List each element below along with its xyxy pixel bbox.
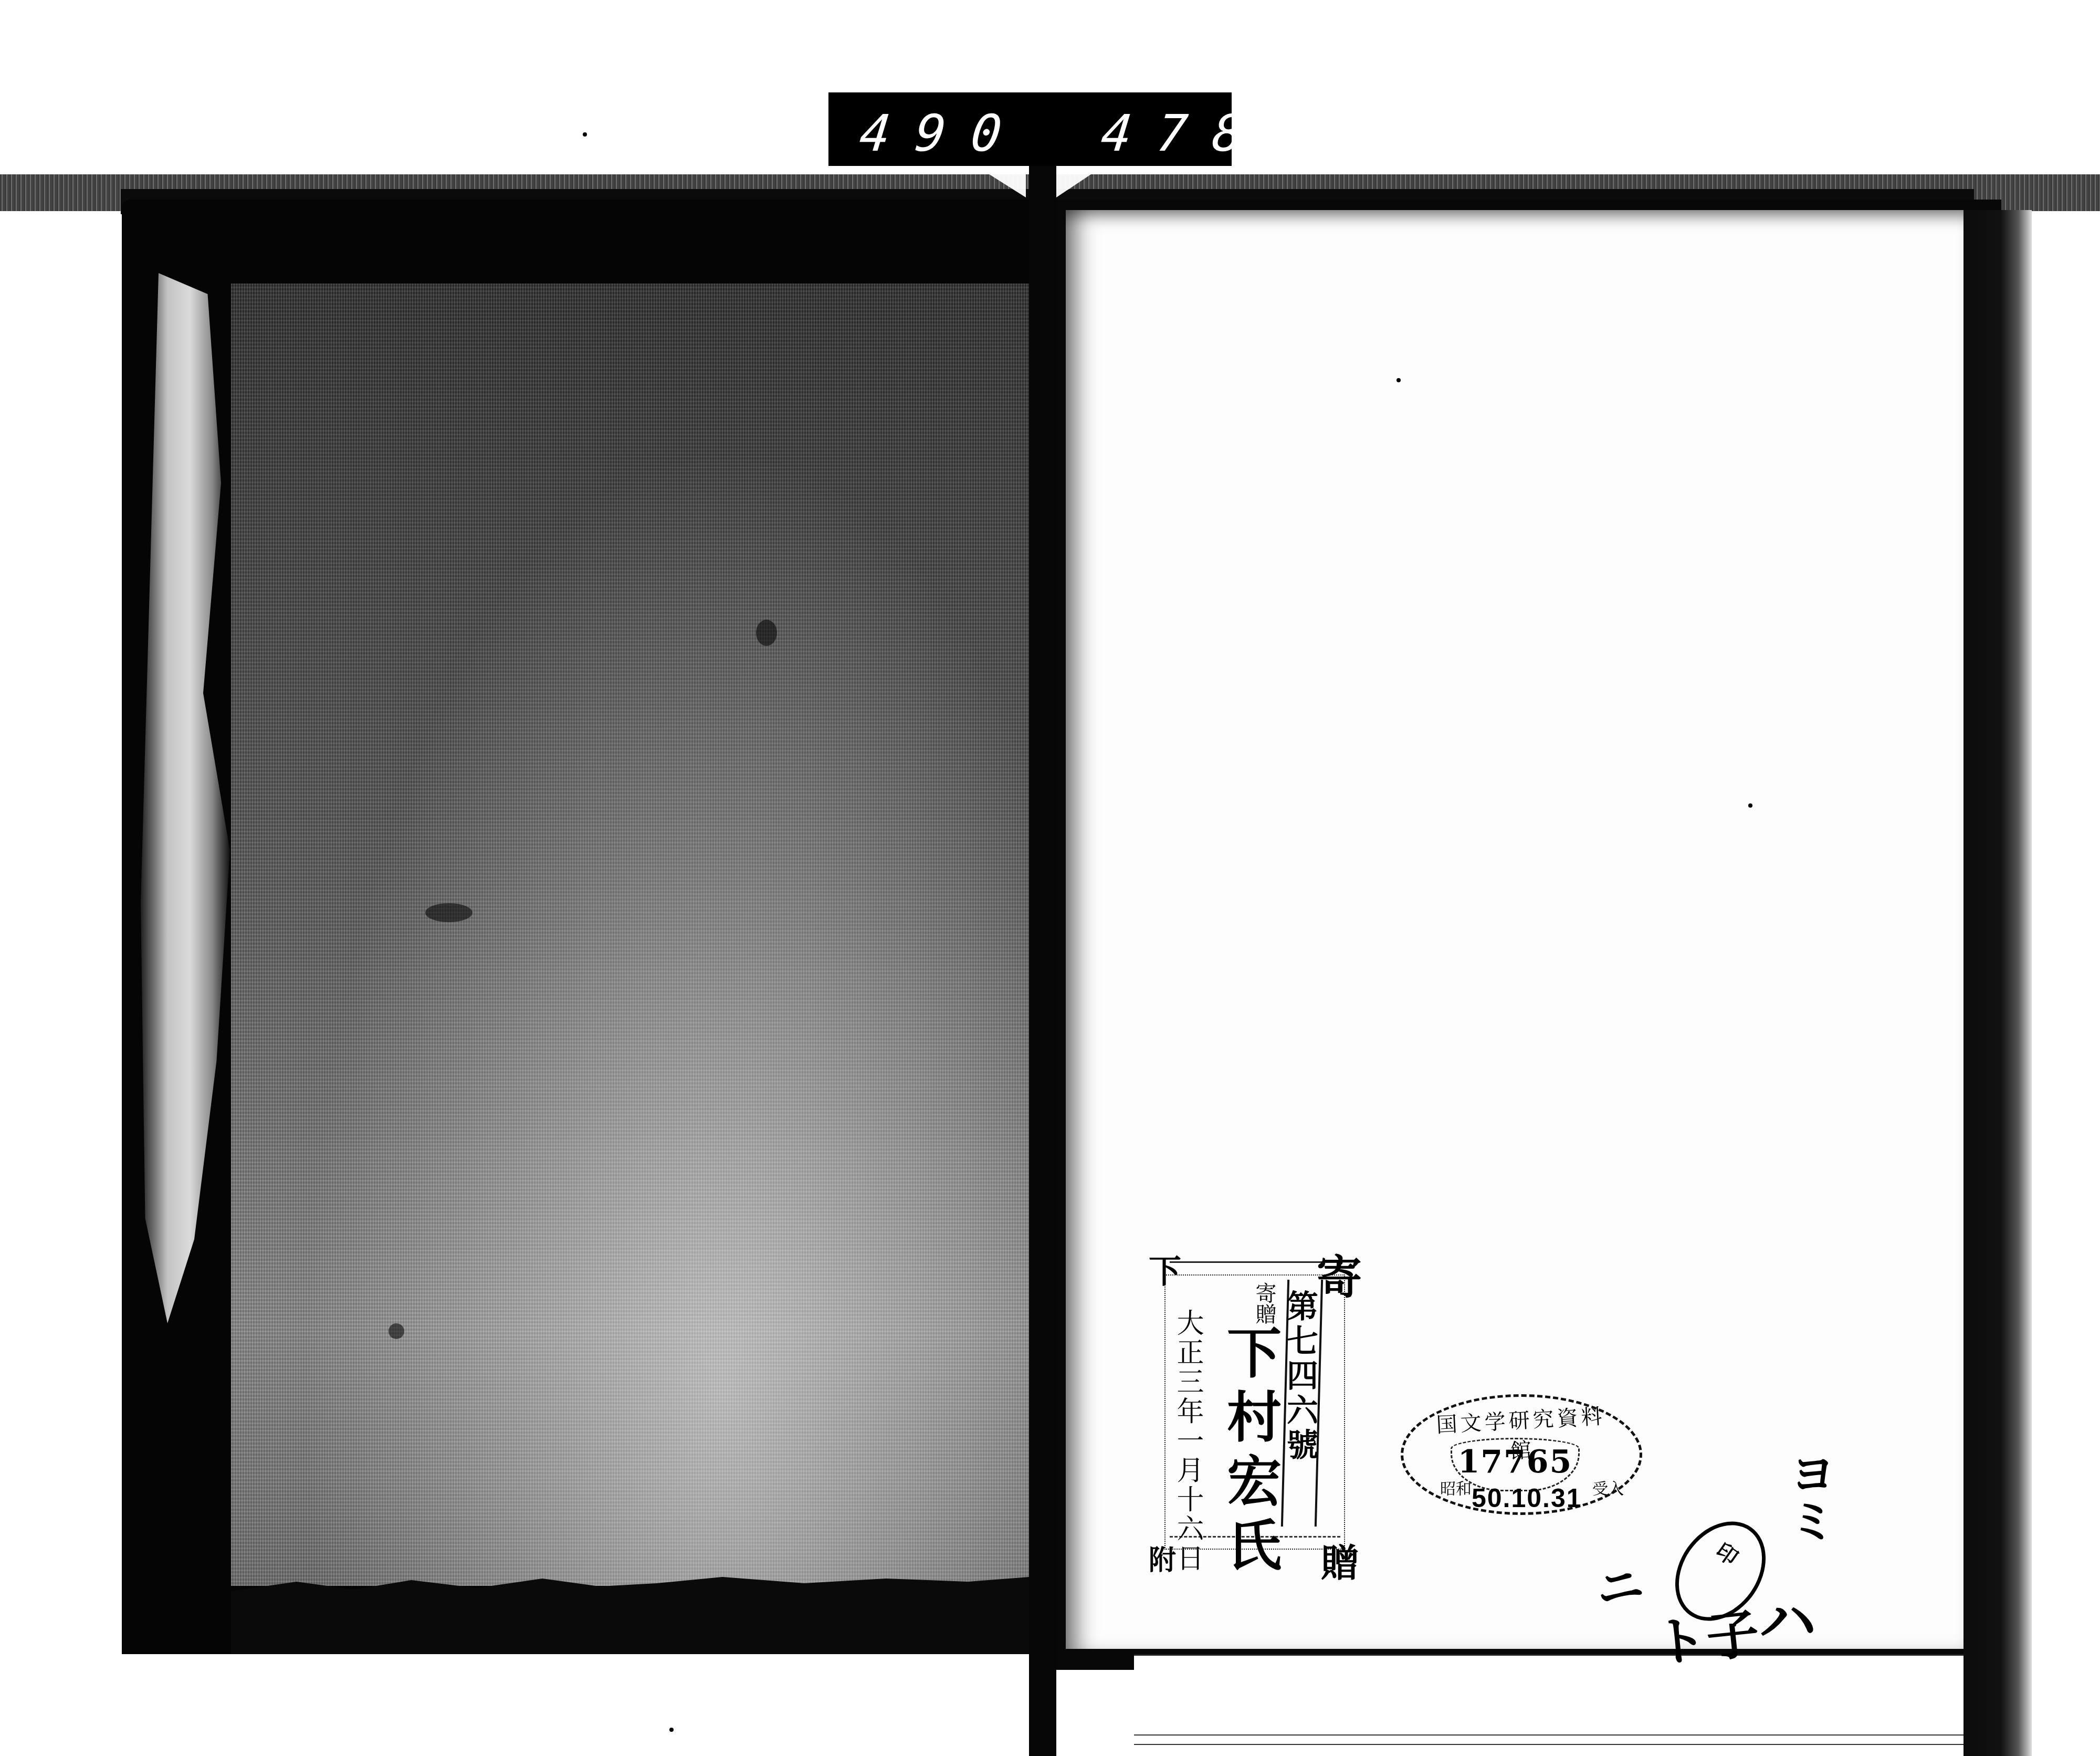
page-stack-edge [1963, 210, 2032, 1756]
ruled-line [1134, 1734, 1963, 1736]
stand-wedge-left [986, 172, 1026, 197]
ruled-line [1134, 1744, 1963, 1745]
bookplate-corner-ornament: 下 [1149, 1246, 1181, 1292]
bookplate-corner-ornament: 寄 [1317, 1241, 1362, 1306]
cover-stain [756, 620, 777, 646]
frame-counter-left: 490 [857, 104, 1030, 163]
page-speck [1748, 803, 1752, 808]
page-speck [583, 132, 587, 137]
scanner-stand [1029, 166, 1056, 1756]
frame-counter-right: 478. [1098, 104, 1327, 163]
seal-text: 印 [1708, 1535, 1745, 1570]
stamp-accession-number: 17765 [1452, 1444, 1578, 1480]
handwritten-note: ニ [1591, 1546, 1647, 1620]
stamp-era-label: 昭和 [1440, 1476, 1472, 1499]
bookplate-donor-name: 下村宏氏 [1222, 1324, 1277, 1581]
library-accession-stamp: 国文学研究資料館 17765 昭和 受入 50.10.31 [1401, 1394, 1642, 1515]
handwritten-vertical-note: ヨミ [1785, 1449, 1832, 1544]
stamp-received-label: 受入 [1592, 1476, 1624, 1499]
cover-stain [425, 903, 472, 922]
page-speck [669, 1728, 674, 1732]
page-speck [1396, 378, 1401, 382]
lower-page-strip [1134, 1654, 1963, 1756]
donation-bookplate: 下 寄 附 贈 第七四六號 寄贈 下村宏氏 大正三年一月十六日 [1149, 1246, 1359, 1582]
book-cover [231, 284, 1050, 1586]
bookplate-corner-ornament: 贈 [1321, 1532, 1359, 1587]
cover-stain [388, 1323, 404, 1339]
bookplate-number: 第七四六號 [1284, 1290, 1316, 1463]
frame-counter-plate: 490 478. [825, 92, 1232, 166]
bookplate-date: 大正三年一月十六日 [1174, 1309, 1201, 1573]
handwritten-note: ハ [1759, 1575, 1816, 1658]
bookplate-donated-label: 寄贈 [1254, 1282, 1275, 1324]
stand-wedge-right [1056, 172, 1094, 197]
stamp-date: 50.10.31 [1472, 1483, 1582, 1513]
